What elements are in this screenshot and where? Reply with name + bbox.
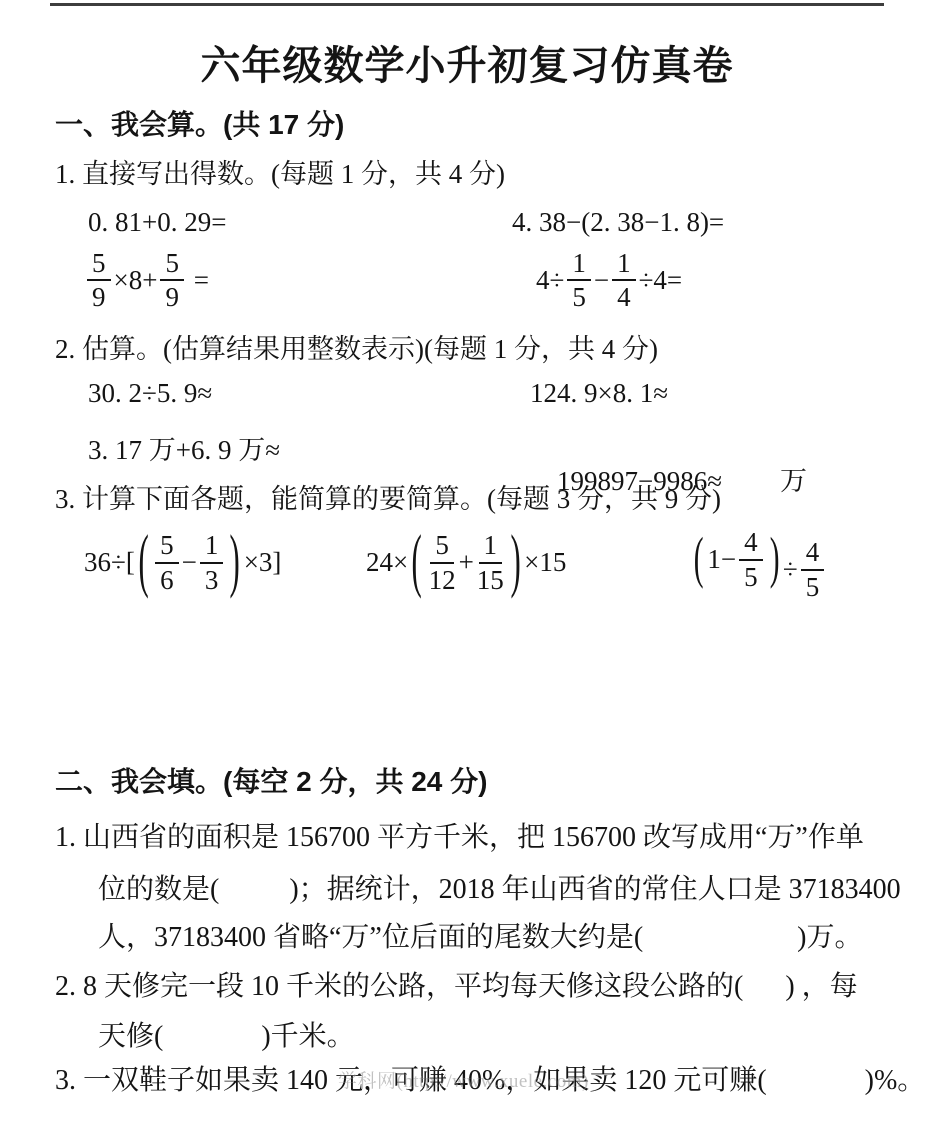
- fraction: 5 6: [155, 531, 179, 594]
- q2-expr-2: 124. 9×8. 1≈: [530, 378, 668, 409]
- paper-title: 六年级数学小升初复习仿真卷: [0, 34, 934, 91]
- fraction-numerator: 1: [567, 249, 591, 281]
- q2-expr-3: 3. 17 万+6. 9 万≈: [88, 428, 280, 467]
- top-rule: [50, 3, 884, 6]
- section1-heading: 一、我会算。(共 17 分): [55, 103, 344, 143]
- big-right-paren: ): [230, 527, 240, 598]
- fraction-numerator: 4: [801, 538, 825, 570]
- fraction: 4 5: [801, 538, 825, 601]
- fraction-numerator: 5: [160, 249, 184, 281]
- operand: 4÷: [536, 265, 564, 296]
- fraction-denominator: 5: [744, 561, 758, 591]
- operand: ÷4=: [639, 265, 683, 296]
- equals-sign: =: [187, 265, 209, 296]
- fraction-denominator: 3: [205, 564, 219, 594]
- q1-expr-1: 0. 81+0. 29=: [88, 207, 226, 238]
- operand: 1−: [707, 544, 736, 575]
- q1-expr-3: 5 9 ×8+ 5 9 =: [84, 243, 209, 317]
- operator: ÷: [783, 554, 798, 585]
- q3-expr-3: ( 1− 4 5 ) ÷ 4 5: [690, 512, 827, 607]
- q1-expr-4: 4÷ 1 5 − 1 4 ÷4=: [536, 243, 682, 317]
- s2-q1-line3: 人，37183400 省略“万”位后面的尾数大约是( )万。: [98, 915, 863, 955]
- q1-prompt: 1. 直接写出得数。(每题 1 分，共 4 分): [55, 152, 505, 191]
- fraction: 1 15: [477, 531, 504, 594]
- fraction-numerator: 1: [479, 531, 503, 563]
- fraction: 5 9: [160, 249, 184, 312]
- fraction-denominator: 15: [477, 564, 504, 594]
- big-left-paren: (: [138, 527, 148, 598]
- fraction: 5 9: [87, 249, 111, 312]
- fraction-denominator: 9: [165, 281, 179, 311]
- operand: 36÷[: [84, 547, 135, 578]
- operand: ×3]: [244, 547, 282, 578]
- q3-prompt: 3. 计算下面各题，能简算的要简算。(每题 3 分，共 9 分): [55, 477, 721, 516]
- fraction: 1 5: [567, 249, 591, 312]
- s2-q1-line1: 1. 山西省的面积是 156700 平方千米，把 156700 改写成用“万”作…: [55, 815, 864, 855]
- operator: ×8+: [114, 265, 158, 296]
- site-watermark: 学科网(http://www.xuele.com): [338, 1066, 589, 1093]
- q2-expr-1: 30. 2÷5. 9≈: [88, 378, 212, 409]
- fraction-denominator: 6: [160, 564, 174, 594]
- fraction: 4 5: [739, 528, 763, 591]
- fraction: 1 3: [200, 531, 224, 594]
- divide-fraction-group: ÷ 4 5: [783, 538, 827, 601]
- big-right-paren: ): [510, 527, 520, 598]
- section2-heading: 二、我会填。(每空 2 分，共 24 分): [55, 760, 487, 800]
- fraction: 1 4: [612, 249, 636, 312]
- q1-expr-2: 4. 38−(2. 38−1. 8)=: [512, 207, 724, 238]
- q3-expr-1: 36÷[ ( 5 6 − 1 3 ) ×3]: [84, 515, 281, 610]
- s2-q2-line1: 2. 8 天修完一段 10 千米的公路，平均每天修这段公路的( ) ，每: [55, 964, 858, 1004]
- operator: −: [182, 547, 197, 578]
- fraction-denominator: 5: [806, 571, 820, 601]
- q2-prompt: 2. 估算。(估算结果用整数表示)(每题 1 分，共 4 分): [55, 327, 658, 366]
- exam-paper-page: 六年级数学小升初复习仿真卷 一、我会算。(共 17 分) 1. 直接写出得数。(…: [0, 0, 934, 1122]
- operand: 24×: [366, 547, 408, 578]
- fraction-denominator: 4: [617, 281, 631, 311]
- fraction-numerator: 5: [87, 249, 111, 281]
- fraction-denominator: 5: [572, 281, 586, 311]
- big-right-paren: ): [769, 531, 779, 588]
- fraction-numerator: 1: [612, 249, 636, 281]
- fraction-denominator: 12: [429, 564, 456, 594]
- operator: +: [459, 547, 474, 578]
- s2-q1-line2: 位的数是( )；据统计，2018 年山西省的常住人口是 37183400: [98, 867, 901, 907]
- fraction-numerator: 1: [200, 531, 224, 563]
- fraction-numerator: 4: [739, 528, 763, 560]
- big-left-paren: (: [412, 527, 422, 598]
- operand: ×15: [524, 547, 566, 578]
- operator: −: [594, 265, 609, 296]
- fraction-numerator: 5: [430, 531, 454, 563]
- fraction: 5 12: [429, 531, 456, 594]
- s2-q2-line2: 天修( )千米。: [98, 1014, 355, 1054]
- unit-label: 万: [780, 466, 807, 496]
- fraction-denominator: 9: [92, 281, 106, 311]
- big-left-paren: (: [694, 531, 704, 588]
- fraction-numerator: 5: [155, 531, 179, 563]
- q3-expr-2: 24× ( 5 12 + 1 15 ) ×15: [366, 515, 566, 610]
